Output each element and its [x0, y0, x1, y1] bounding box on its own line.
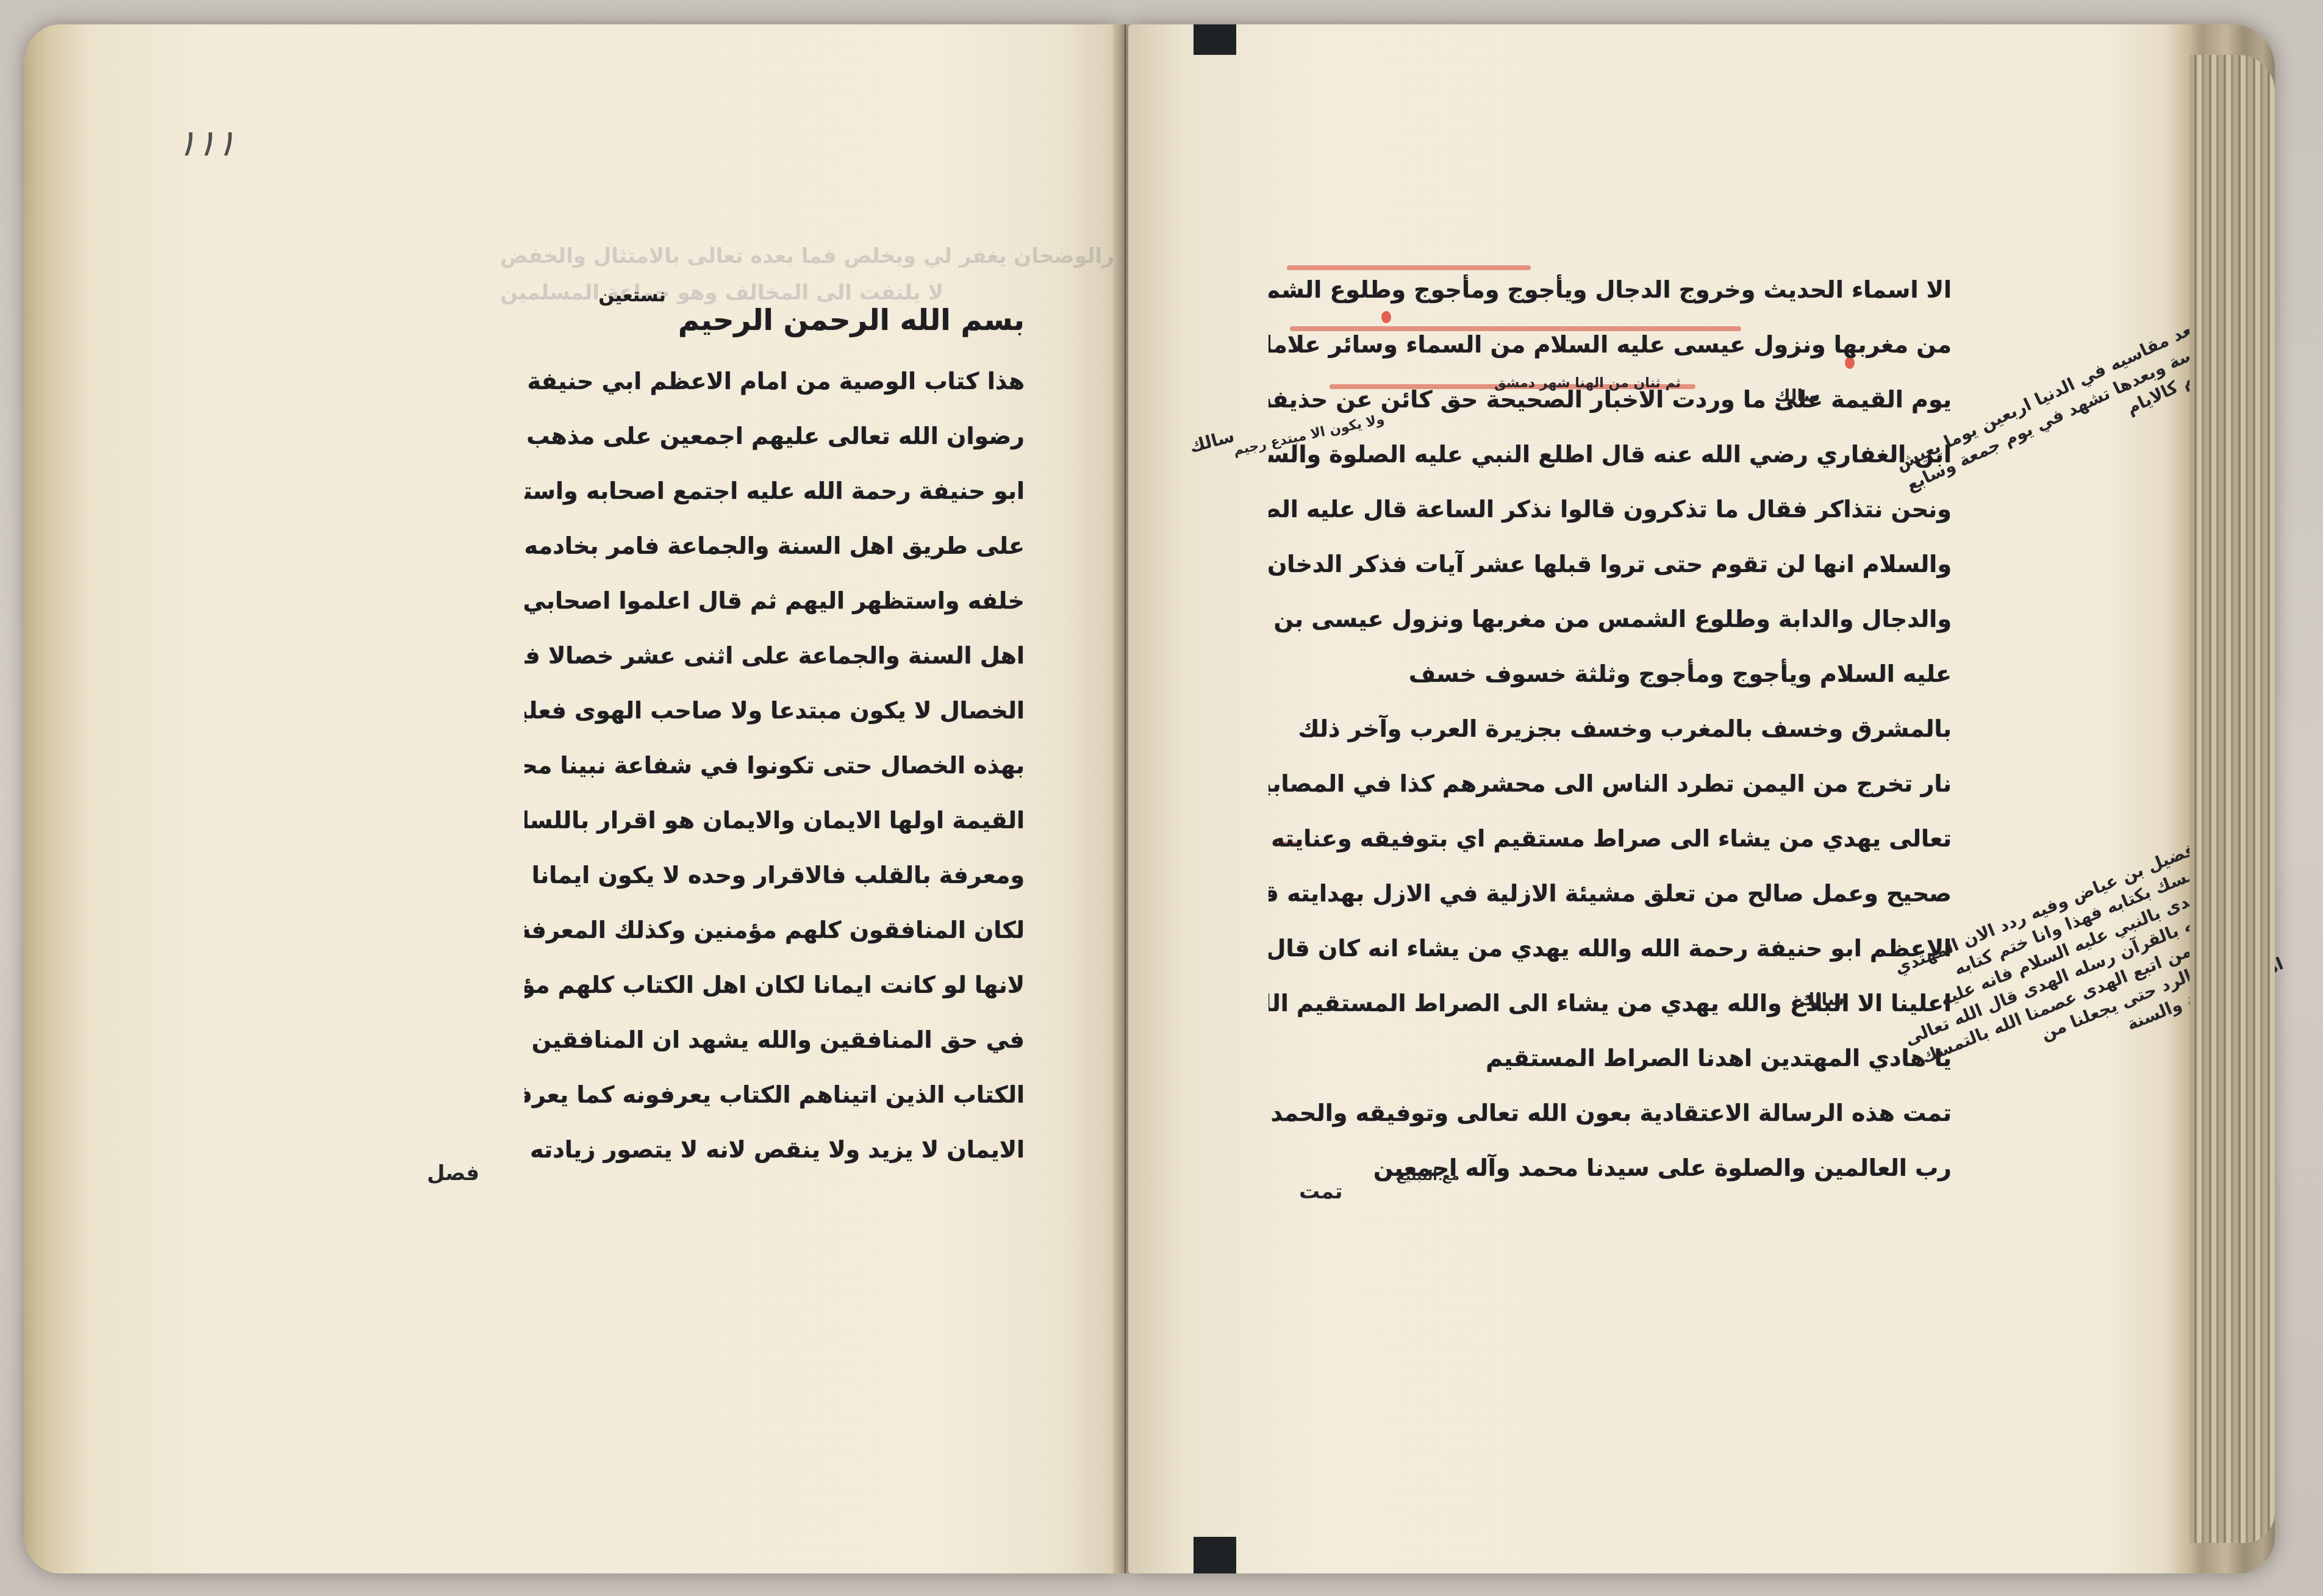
folio-number: ١١١ [172, 122, 246, 165]
left-text-block: بسم الله الرحمن الرحيم نستعين هذا كتاب ا… [524, 287, 1025, 1177]
text-line: من مغربها ونزول عيسى عليه السلام من السم… [1269, 317, 1952, 372]
text-line: ابن الغفاري رضي الله عنه قال اطلع النبي … [1269, 427, 1952, 482]
text-line: بالمشرق وخسف بالمغرب وخسف بجزيرة العرب و… [1269, 701, 1952, 756]
text-line: بهذه الخصال حتى تكونوا في شفاعة نبينا مح… [524, 738, 1025, 793]
text-line: خلفه واستظهر اليهم ثم قال اعلموا اصحابي … [524, 573, 1025, 628]
text-line: ونحن نتذاكر فقال ما تذكرون قالوا نذكر ال… [1269, 482, 1952, 537]
text-line: لانها لو كانت ايمانا لكان اهل الكتاب كله… [524, 957, 1025, 1012]
signature-note: سالك [1775, 384, 1820, 407]
text-line: تمت هذه الرسالة الاعتقادية بعون الله تعا… [1269, 1086, 1952, 1140]
text-line: الكتاب الذين اتيناهم الكتاب يعرفونه كما … [524, 1067, 1025, 1122]
text-line: اهل السنة والجماعة على اثنى عشر خصالا فم… [524, 628, 1025, 683]
text-line: في حق المنافقين والله يشهد ان المنافقين … [524, 1012, 1025, 1067]
basmala-note: نستعين [598, 287, 665, 305]
text-line: الاعظم ابو حنيفة رحمة الله والله يهدي من… [1269, 921, 1952, 976]
open-manuscript: ١١١ بحرالوضحان يغفر لي ويخلص فما بعده تع… [24, 24, 2275, 1573]
text-line: رضوان الله تعالى عليهم اجمعين على مذهب ا… [524, 409, 1025, 463]
text-line: ومعرفة بالقلب فالاقرار وحده لا يكون ايما… [524, 848, 1025, 903]
interlinear-note: ثم ثنان من الهنا شهر دمشق [1494, 372, 1681, 395]
text-line: اعلينا الا البلاغ والله يهدي من يشاء الى… [1269, 976, 1952, 1031]
signature-note: سالك [1799, 988, 1845, 1011]
margin-note-fasl: فصل [427, 1162, 479, 1185]
right-text-block: الا اسماء الحديث وخروج الدجال ويأجوج ومأ… [1269, 262, 1952, 1195]
text-line: على طريق اهل السنة والجماعة فامر بخادمه … [524, 518, 1025, 573]
text-line: ابو حنيفة رحمة الله عليه اجتمع اصحابه وا… [524, 463, 1025, 518]
text-line: القيمة اولها الايمان والايمان هو اقرار ب… [524, 793, 1025, 848]
text-line: الخصال لا يكون مبتدعا ولا صاحب الهوى فعل… [524, 683, 1025, 738]
right-page-edges [2189, 55, 2275, 1543]
text-line: والدجال والدابة وطلوع الشمس من مغربها ون… [1269, 592, 1952, 646]
text-line: تعالى يهدي من يشاء الى صراط مستقيم اي بت… [1269, 811, 1952, 866]
left-page: ١١١ بحرالوضحان يغفر لي ويخلص فما بعده تع… [24, 24, 1119, 1573]
text-line: الا اسماء الحديث وخروج الدجال ويأجوج ومأ… [1269, 262, 1952, 317]
right-page: الا اسماء الحديث وخروج الدجال ويأجوج ومأ… [1128, 24, 2275, 1573]
text-line: عليه السلام ويأجوج ومأجوج وثلثة خسوف خسف [1269, 646, 1952, 701]
text-line: لكان المنافقون كلهم مؤمنين وكذلك المعرفة… [524, 903, 1025, 957]
text-line: الايمان لا يزيد ولا ينقص لانه لا يتصور ز… [524, 1122, 1025, 1177]
text-line: رب العالمين والصلوة على سيدنا محمد وآله … [1269, 1140, 1952, 1195]
binding-strap-bottom [1194, 1537, 1236, 1573]
bleed-through-text: بحرالوضحان يغفر لي ويخلص فما بعده تعالى … [500, 244, 1138, 268]
interlinear-note: مع التبليغ [1397, 1165, 1459, 1188]
text-line: نار تخرج من اليمن تطرد الناس الى محشرهم … [1269, 756, 1952, 811]
text-line: يا هادي المهتدين اهدنا الصراط المستقيم [1269, 1031, 1952, 1086]
binding-strap-top [1194, 24, 1236, 55]
signature-note: سالك [1187, 424, 1237, 459]
colophon-marker: تمت [1299, 1180, 1343, 1203]
basmala-text: بسم الله الرحمن الرحيم [678, 306, 1025, 335]
text-line: هذا كتاب الوصية من امام الاعظم ابي حنيفة… [524, 354, 1025, 409]
text-line: صحيح وعمل صالح من تعلق مشيئة الازلية في … [1269, 866, 1952, 921]
basmala-heading: بسم الله الرحمن الرحيم نستعين [524, 287, 1025, 354]
text-line: والسلام انها لن تقوم حتى تروا قبلها عشر … [1269, 537, 1952, 592]
